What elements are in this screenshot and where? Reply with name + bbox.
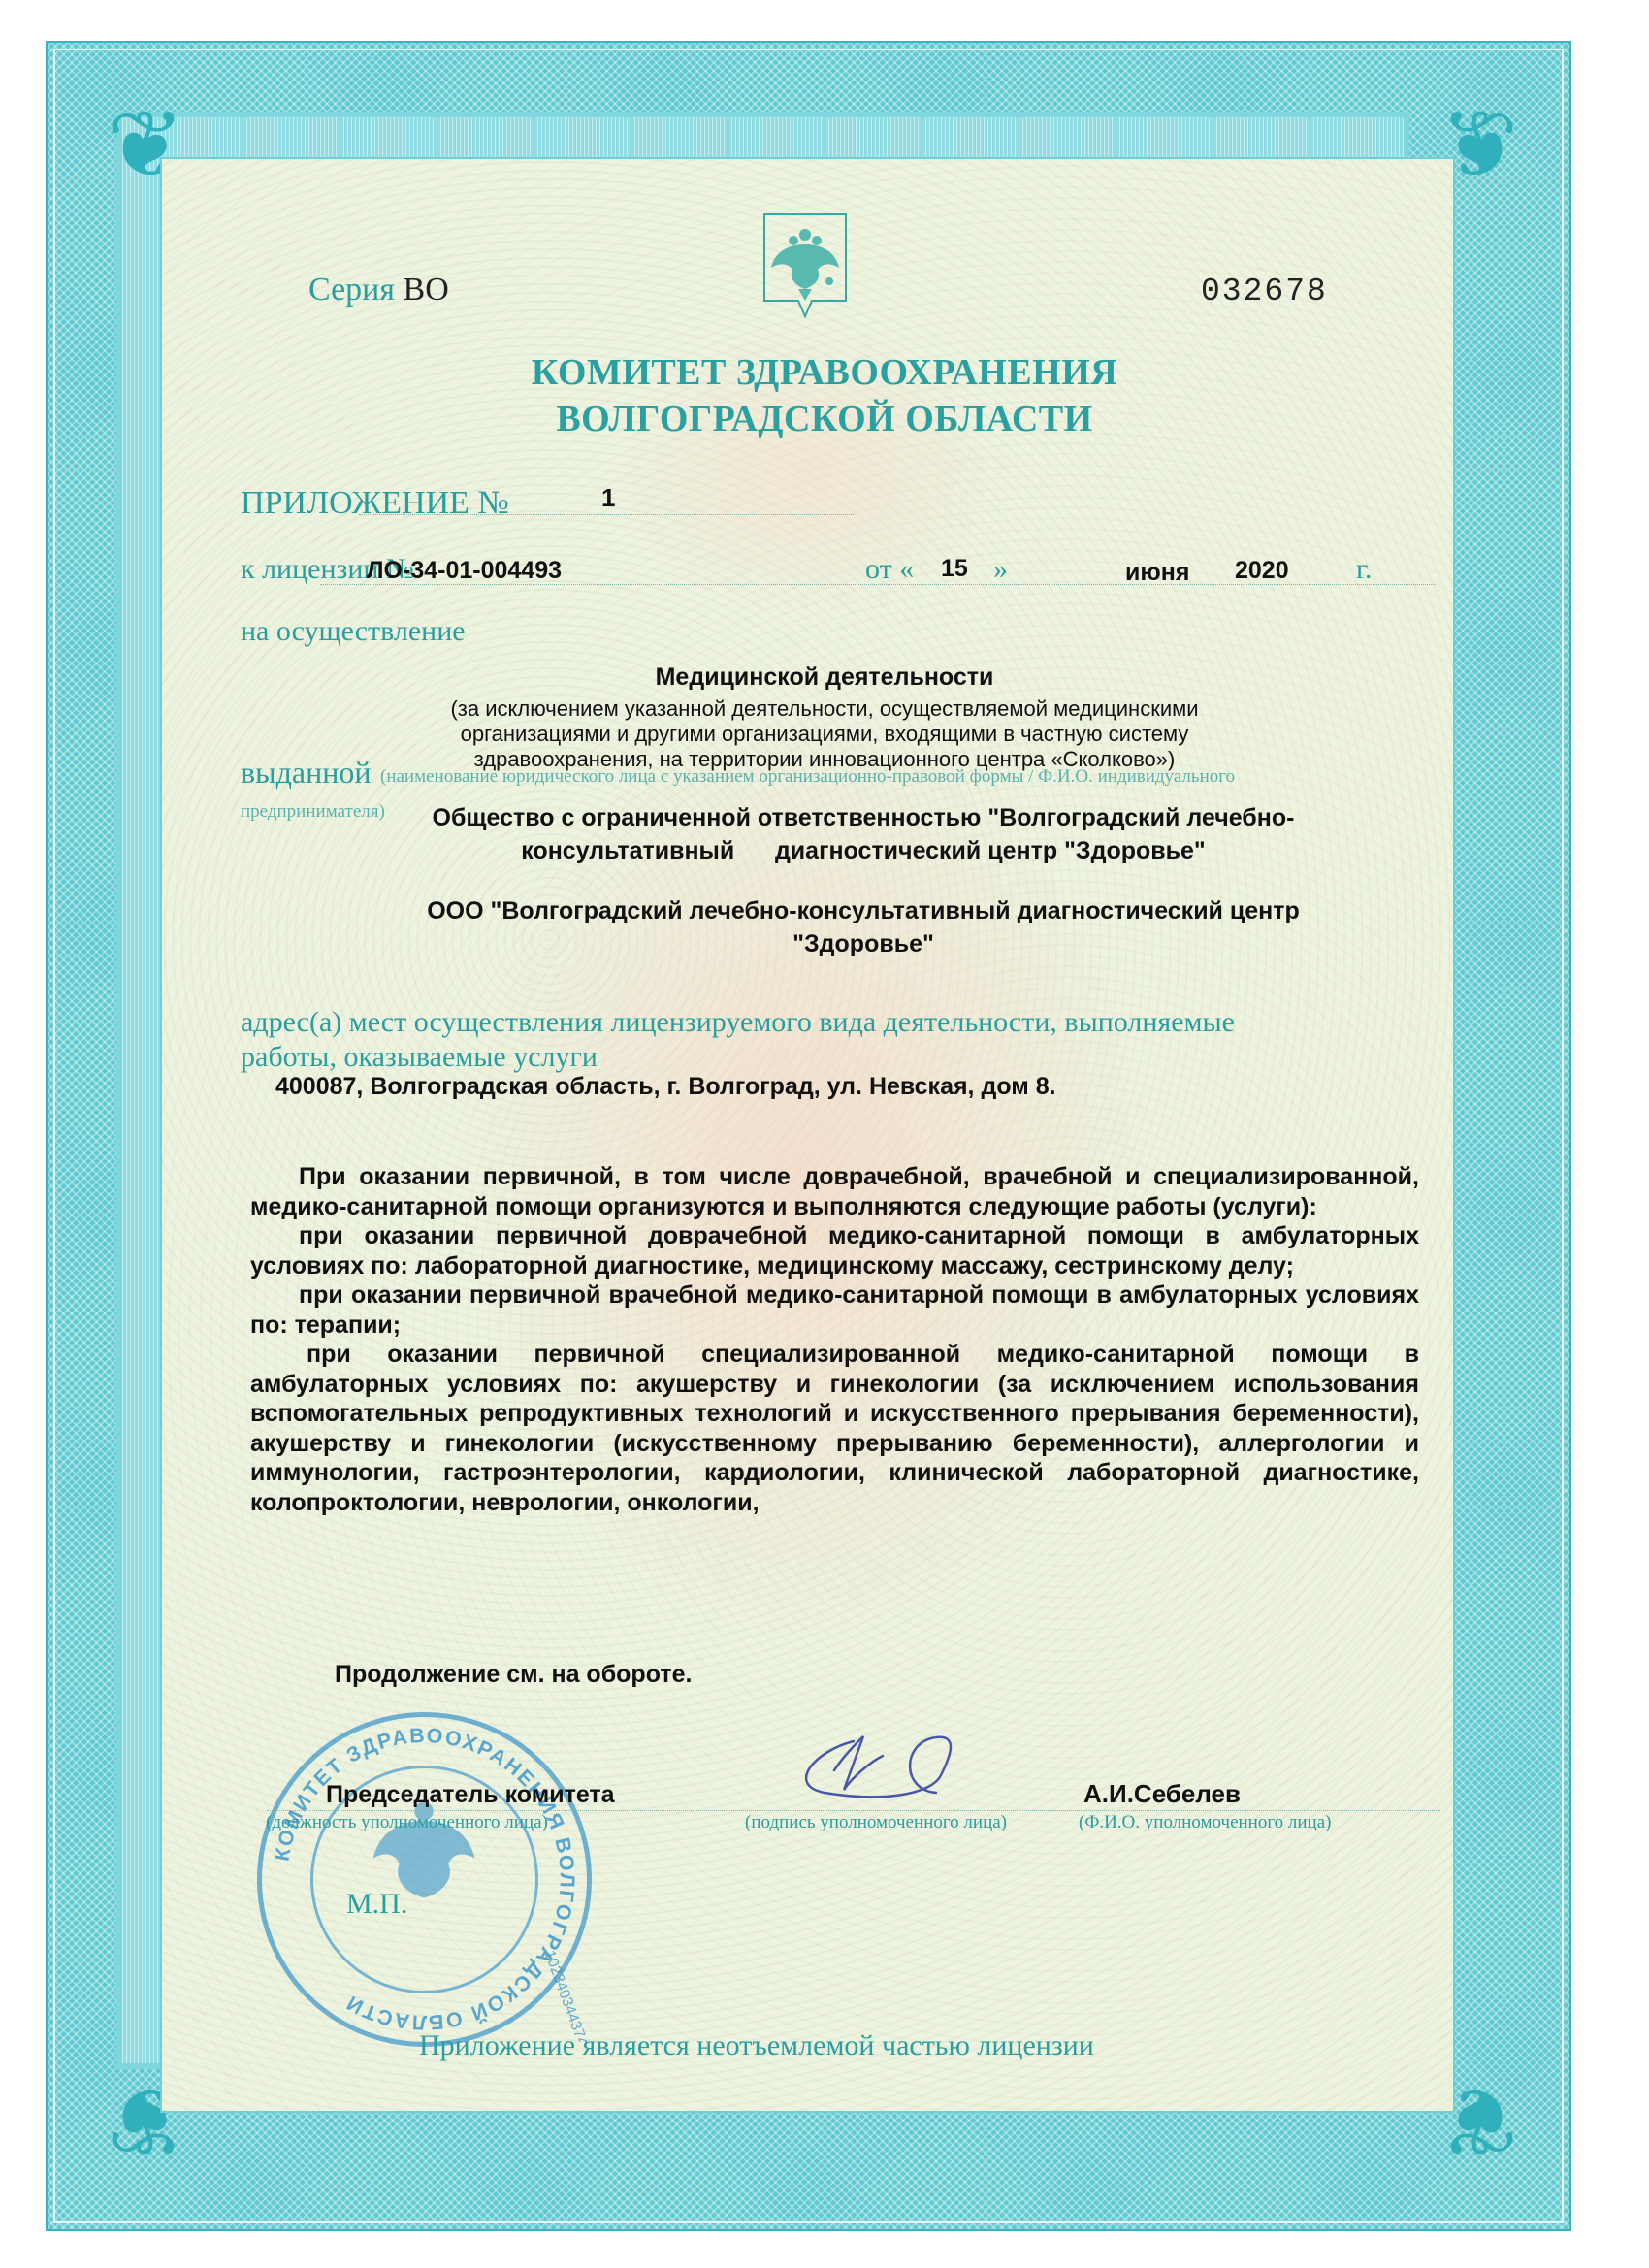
issuer-title-line2: ВОЛГОГРАДСКОЙ ОБЛАСТИ (0, 398, 1649, 440)
services-text: При оказании первичной, в том числе довр… (250, 1162, 1419, 1517)
address-label-line: работы, оказываемые услуги (241, 1040, 1235, 1075)
activity-note: (за исключением указанной деятельности, … (369, 697, 1280, 772)
issuer-title-line1: КОМИТЕТ ЗДРАВООХРАНЕНИЯ (0, 351, 1649, 394)
russian-coat-of-arms-icon (761, 211, 849, 320)
appendix-label: ПРИЛОЖЕНИЕ № (241, 485, 509, 522)
license-day: 15 (941, 555, 968, 583)
position-hint: (должность уполномоченного лица) (266, 1812, 548, 1833)
organization-short-name: ООО "Волгоградский лечебно-консультативн… (349, 894, 1377, 960)
series-field: Серия ВО (308, 272, 449, 308)
address-label: адрес(а) мест осуществления лицензируемо… (241, 1005, 1235, 1075)
short-name-line: ООО "Волгоградский лечебно-консультативн… (349, 894, 1377, 927)
services-paragraph: при оказании первичной врачебной медико-… (250, 1280, 1419, 1340)
official-stamp: КОМИТЕТ ЗДРАВООХРАНЕНИЯ ВОЛГОГРАДСКОЙ ОБ… (257, 1712, 592, 2047)
stamp-text-ring: КОМИТЕТ ЗДРАВООХРАНЕНИЯ ВОЛГОГРАДСКОЙ ОБ… (262, 1717, 587, 2042)
series-value: ВО (404, 272, 449, 308)
series-label: Серия (308, 272, 395, 308)
license-month: июня (1125, 559, 1189, 587)
activity-note-line: (за исключением указанной деятельности, … (369, 697, 1280, 722)
signature-hint: (подпись уполномоченного лица) (745, 1812, 1007, 1833)
name-hint: (Ф.И.О. уполномоченного лица) (1079, 1812, 1332, 1833)
continuation-note: Продолжение см. на обороте. (335, 1661, 692, 1689)
short-name-line: "Здоровье" (349, 927, 1377, 960)
organization-full-name: Общество с ограниченной ответственностью… (369, 801, 1358, 867)
issued-to-label: выданной (241, 755, 371, 791)
year-suffix: г. (1356, 553, 1372, 586)
services-paragraph: при оказании первичной доврачебной медик… (250, 1221, 1419, 1280)
document-number: 032678 (1201, 274, 1328, 309)
address-value: 400087, Волгоградская область, г. Волгог… (275, 1073, 1056, 1101)
activity-label: на осуществление (241, 615, 466, 648)
footer-note: Приложение является неотъемлемой частью … (419, 2029, 1094, 2062)
activity-name: Медицинской деятельности (369, 664, 1280, 692)
license-underline (320, 584, 1436, 585)
services-paragraph: при оказании первичной специализированно… (250, 1340, 1419, 1517)
date-from-label: от « (865, 553, 914, 586)
full-name-line: Общество с ограниченной ответственностью… (369, 801, 1358, 834)
license-year: 2020 (1235, 557, 1289, 585)
full-name-line: консультативный диагностический центр "З… (369, 834, 1358, 867)
date-close-quote: » (993, 553, 1008, 586)
appendix-number: 1 (601, 483, 615, 513)
appendix-underline (359, 514, 854, 515)
issued-to-hint: (наименование юридического лица с указан… (380, 766, 1235, 788)
signatory-position: Председатель комитета (326, 1781, 615, 1809)
signatory-name: А.И.Себелев (1083, 1779, 1241, 1809)
svg-text:1023403443744: 1023403443744 (541, 1948, 587, 2042)
issued-to-hint-2: предпринимателя) (241, 801, 385, 823)
activity-note-line: организациями и другими организациями, в… (369, 722, 1280, 747)
services-paragraph: При оказании первичной, в том числе довр… (250, 1162, 1419, 1221)
address-label-line: адрес(а) мест осуществления лицензируемо… (241, 1005, 1235, 1040)
seal-label: М.П. (346, 1888, 407, 1921)
handwritten-signature (776, 1717, 1009, 1814)
license-number: ЛО-34-01-004493 (367, 557, 562, 585)
